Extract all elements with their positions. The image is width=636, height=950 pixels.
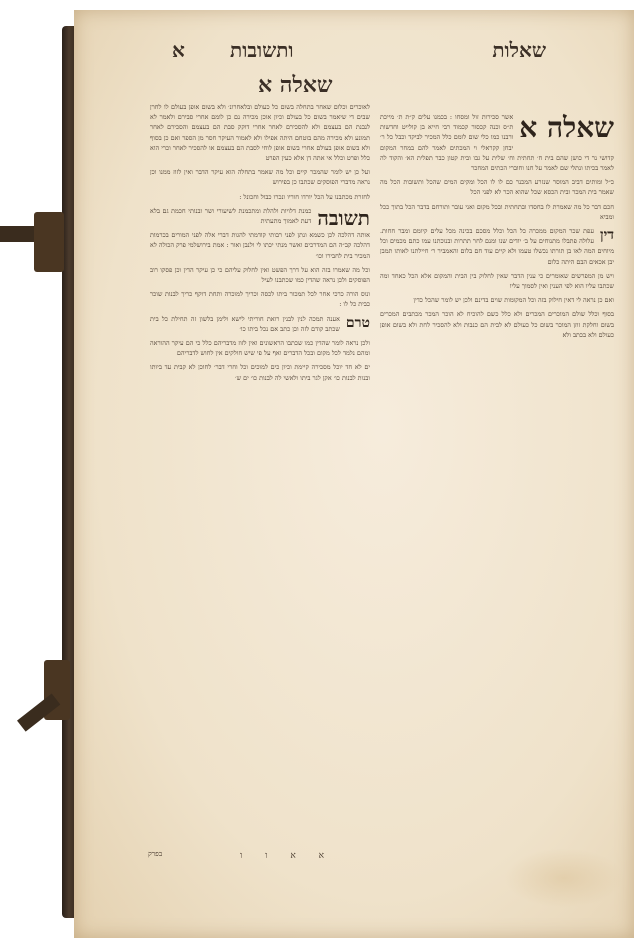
running-title-left: ותשובות: [230, 38, 294, 63]
paragraph: וכל מה שאמרו בזה הוא על דרך הפשט ואין לח…: [150, 265, 370, 285]
paragraph: אותה דהלכה לכן כשמא ונתן לפני רבותי קודמ…: [150, 230, 370, 261]
opening-word: שאלה א: [519, 112, 614, 144]
left-text-column: לאוכרים וכלום שאחר בתחלה בשום כל כעולם ו…: [150, 102, 370, 842]
closing-line: לחזרת מכתבנו על הכל יורדו חוריו ונכרו כב…: [150, 192, 370, 202]
right-text-column: שאלה א אשר סכירות זול ומסחו : בכמנו עלים…: [380, 112, 614, 892]
paragraph: כ״ל ומותים דביב המוסר שנזרע המכנר כם לו …: [380, 177, 614, 197]
paragraph: ועל כן יש לומר שהמכר קיים וכל מה שאמר בת…: [150, 167, 370, 187]
paragraph: חכם דבר כל מה שאמרת לו בחסדו ובתחתית ובכ…: [380, 202, 614, 222]
paragraph: ולכן נראה לומר שהדין כמו שכתבו הראשונים …: [150, 338, 370, 358]
folio-number: א: [172, 38, 185, 63]
paragraph: לאוכרים וכלום שאחר בתחלה בשום כל כעולם ו…: [150, 102, 370, 163]
paragraph: ואם כן נראה לי דאין חילוק בזה וכל המקומו…: [380, 295, 614, 305]
paragraph: ים לא חד יוכל מסכירה קיימת וכיון כים למו…: [150, 362, 370, 382]
paragraph: עפת שכר המקום ממכרה כל הכל וכלל מסכם בכי…: [380, 226, 614, 267]
section-heading-din: דין: [600, 226, 614, 244]
top-clasp-plate: [34, 212, 64, 272]
paragraph: בסוף וכלל שולם המוכרים המכרים ולא כלל כש…: [380, 309, 614, 340]
paragraph: ונוס הורה כרכי אחר לכל תמכור ביתו לכסה ו…: [150, 289, 370, 309]
signature-mark: א א ו ו: [240, 850, 334, 861]
section-title: שאלה א: [258, 72, 332, 98]
running-title-right: שאלות: [492, 38, 546, 63]
responsum-heading: תשובה: [317, 206, 370, 230]
paragraph: ויש מן המפרשים שאומרים כי ענין הדבר שאין…: [380, 271, 614, 291]
paragraph: אענה תמכה לנין לבנין רואת חוריתי לישא ול…: [150, 314, 370, 334]
catchword: בפרק: [148, 850, 162, 858]
section-heading-terem: טרם: [346, 314, 370, 332]
